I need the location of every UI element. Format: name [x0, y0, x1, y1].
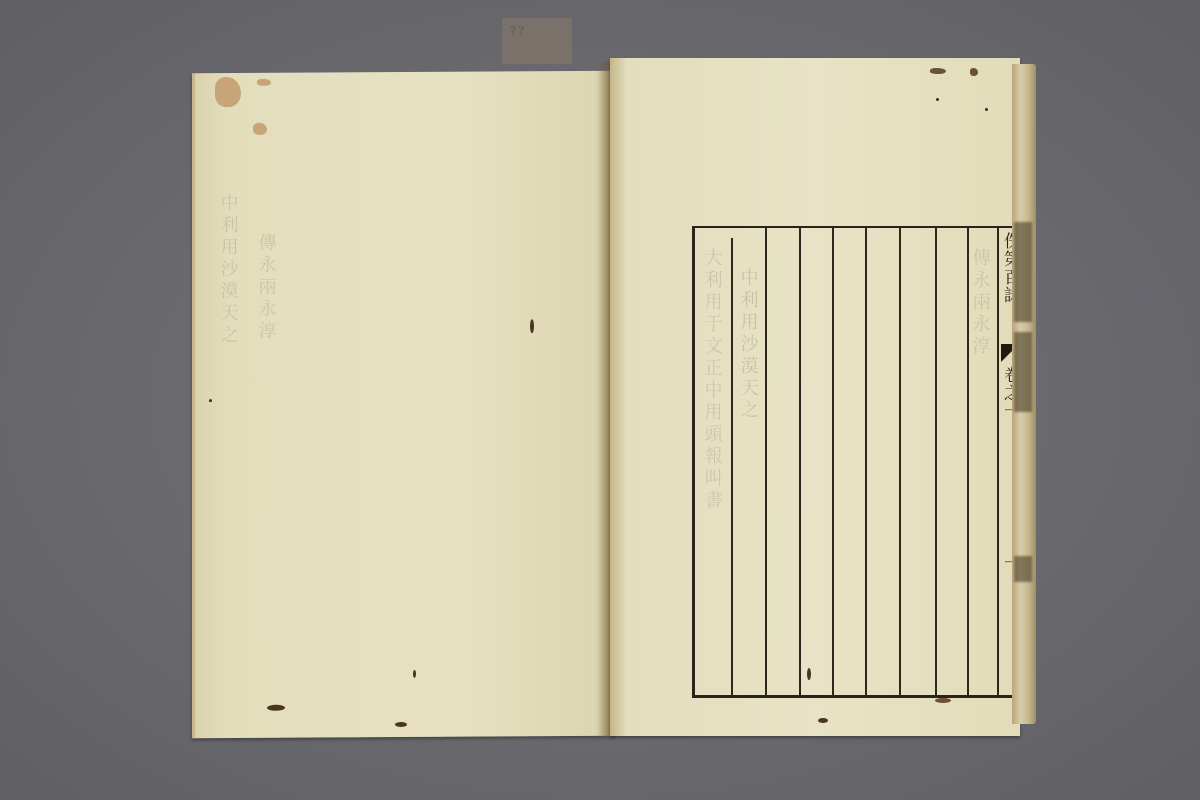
wormhole-mark [807, 668, 811, 680]
paper-damage [257, 79, 271, 86]
column-rule [865, 228, 867, 695]
faint-print-column: 傳永兩永淳 [969, 248, 991, 508]
wormhole-mark [267, 705, 285, 711]
wormhole-mark [530, 319, 534, 333]
fore-edge-ink [1014, 332, 1032, 412]
wormhole-mark [935, 698, 951, 703]
fore-edge-ink [1014, 222, 1032, 322]
catalog-label-slip: ?? [502, 18, 572, 64]
catalog-label-text: ?? [510, 24, 526, 37]
wormhole-mark [413, 670, 416, 678]
column-rule [899, 228, 901, 695]
paper-damage [930, 68, 946, 74]
ink-speck [985, 108, 988, 111]
printed-text-frame: 大利用于文正中用頭報叫書 中利用沙漠天之 傳永兩永淳 佚第百詠 卷之一 一 [692, 226, 1024, 698]
paper-damage [215, 77, 241, 107]
wormhole-mark [395, 722, 407, 727]
faint-print-column: 中利用沙漠天之 [737, 268, 759, 688]
wormhole-mark [818, 718, 828, 723]
ink-speck [209, 399, 212, 402]
column-rule [799, 228, 801, 695]
paper-damage [970, 68, 978, 76]
faint-print-column: 大利用于文正中用頭報叫書 [701, 248, 723, 688]
bleed-through-text: 中利用沙漠天之 [217, 193, 239, 713]
column-rule [935, 228, 937, 695]
paper-damage [253, 123, 267, 135]
column-rule [832, 228, 834, 695]
fore-edge-ink [1014, 556, 1032, 582]
column-rule [967, 228, 969, 695]
column-rule [765, 228, 767, 695]
left-page: 中利用沙漠天之 傳永兩永淳 [192, 71, 615, 739]
column-rule [731, 238, 733, 695]
ink-speck [936, 98, 939, 101]
bleed-through-text: 傳永兩永淳 [255, 233, 277, 713]
